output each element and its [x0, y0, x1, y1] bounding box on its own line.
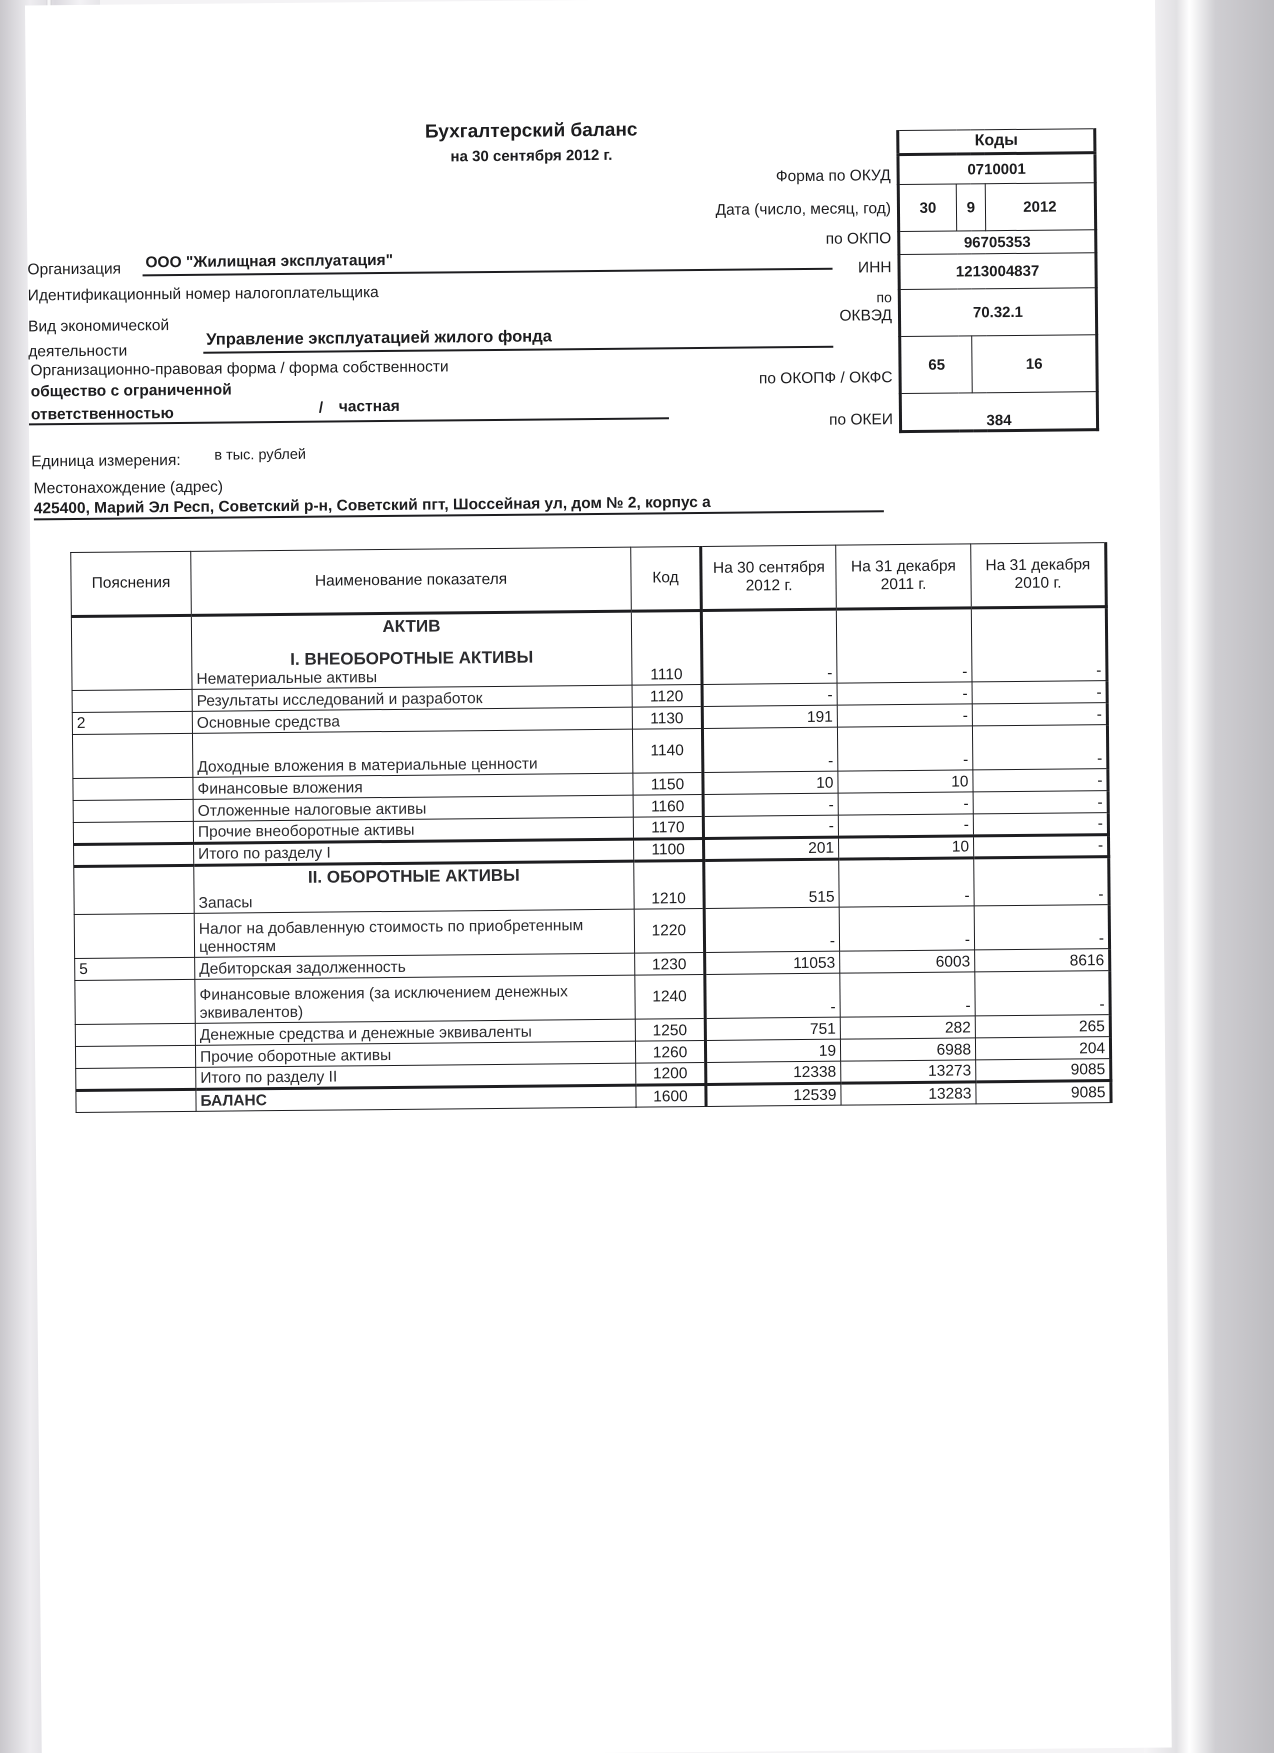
value-sep-2012: - — [703, 815, 838, 838]
value-sep-2012: 191 — [702, 705, 837, 728]
value-dec-2011: - — [839, 906, 974, 951]
document-date: на 30 сентября 2012 г. — [381, 146, 681, 166]
section-2-heading: II. ОБОРОТНЫЕ АКТИВЫ — [198, 865, 629, 889]
section-asset-heading: АКТИВ — [196, 615, 627, 639]
inn-label: Идентификационный номер налогоплательщик… — [28, 284, 379, 305]
okei-label: по ОКЕИ — [593, 411, 893, 432]
document-title: Бухгалтерский баланс — [381, 119, 681, 144]
address-label: Местонахождение (адрес) — [34, 479, 224, 499]
row-code: 1160 — [633, 794, 703, 817]
value-sep-2012: 201 — [704, 837, 839, 860]
header-explanations: Пояснения — [71, 551, 192, 616]
value-dec-2010: - — [974, 905, 1109, 950]
row-explanation — [71, 615, 192, 690]
value-dec-2011: - — [837, 682, 972, 705]
row-label: Финансовые вложения (за исключением дене… — [199, 983, 630, 1023]
row-indicator: АКТИВI. ВНЕОБОРОТНЫЕ АКТИВЫНематериальны… — [191, 611, 632, 689]
row-code: 1140 — [632, 728, 702, 773]
okpo-code: 96705353 — [899, 230, 1096, 255]
date-day: 30 — [898, 184, 956, 232]
value-dec-2010: - — [975, 971, 1110, 1016]
codes-box: Коды 0710001 30 9 2012 96705353 12130048… — [896, 128, 1099, 433]
row-explanation — [73, 799, 193, 822]
okved-label: ОКВЭД — [592, 307, 892, 328]
row-label: Итого по разделу I — [198, 842, 629, 864]
value-dec-2010: - — [972, 681, 1107, 704]
row-explanation — [76, 1067, 196, 1090]
header-sep-2012: На 30 сентября 2012 г. — [701, 545, 837, 610]
value-dec-2010: - — [974, 857, 1109, 906]
row-code: 1130 — [632, 706, 702, 729]
row-explanation: 2 — [72, 711, 192, 734]
row-indicator: Налог на добавленную стоимость по приобр… — [194, 909, 634, 957]
value-sep-2012: 11053 — [705, 951, 840, 974]
value-dec-2011: - — [837, 704, 972, 727]
value-dec-2010: - — [972, 725, 1107, 770]
row-code: 1250 — [635, 1018, 705, 1041]
value-dec-2011: - — [836, 608, 972, 683]
date-month: 9 — [956, 184, 985, 231]
row-code: 1200 — [636, 1062, 706, 1085]
row-explanation — [73, 821, 193, 844]
value-dec-2010: 9085 — [976, 1059, 1111, 1082]
row-code: 1230 — [635, 952, 705, 975]
row-code: 1100 — [634, 838, 704, 861]
value-dec-2011: - — [840, 972, 975, 1017]
row-indicator: БАЛАНС — [196, 1085, 636, 1111]
row-explanation — [72, 733, 192, 778]
value-sep-2012: 12338 — [706, 1061, 841, 1084]
row-code: 1260 — [635, 1040, 705, 1063]
header-indicator: Наименование показателя — [191, 547, 632, 615]
unit-label: Единица измерения: — [31, 452, 180, 471]
value-sep-2012: - — [703, 793, 838, 816]
row-explanation — [75, 1023, 195, 1046]
value-dec-2011: 13273 — [841, 1060, 976, 1083]
date-label: Дата (число, месяц, год) — [591, 200, 891, 221]
value-dec-2010: 9085 — [976, 1081, 1111, 1104]
row-indicator: Финансовые вложения (за исключением дене… — [195, 975, 635, 1023]
value-sep-2012: 751 — [705, 1017, 840, 1040]
value-dec-2010: - — [972, 703, 1107, 726]
row-code: 1170 — [633, 816, 703, 839]
row-label: Налог на добавленную стоимость по приобр… — [199, 917, 630, 957]
row-code: 1150 — [633, 772, 703, 795]
value-sep-2012: 12539 — [706, 1083, 841, 1106]
org-label: Организация — [27, 261, 121, 280]
header-dec-2011: На 31 декабря 2011 г. — [836, 544, 972, 609]
value-dec-2011: - — [839, 858, 974, 907]
value-sep-2012: 19 — [705, 1039, 840, 1062]
unit-value: в тыс. рублей — [214, 447, 306, 464]
row-code: 1220 — [634, 908, 704, 953]
okfs-code: 16 — [972, 335, 1097, 393]
ownership-value: частная — [339, 398, 400, 417]
value-sep-2012: - — [702, 727, 837, 772]
row-code: 1210 — [634, 860, 704, 909]
okved-code: 70.32.1 — [899, 288, 1096, 337]
codes-header: Коды — [898, 129, 1095, 155]
okei-code: 384 — [900, 392, 1097, 432]
value-dec-2011: 6003 — [840, 950, 975, 973]
okopf-code: 65 — [900, 336, 973, 394]
row-indicator: II. ОБОРОТНЫЕ АКТИВЫЗапасы — [194, 861, 634, 913]
row-label: БАЛАНС — [200, 1089, 631, 1111]
value-dec-2010: - — [971, 607, 1107, 682]
activity-label-2: деятельности — [28, 342, 127, 361]
legal-form-label: Организационно-правовая форма / форма со… — [30, 358, 448, 380]
okved-label-top: по — [592, 289, 892, 308]
value-dec-2011: 10 — [838, 770, 973, 793]
row-explanation — [75, 979, 195, 1024]
legal-form-value-1: общество с ограниченной — [31, 381, 232, 401]
value-dec-2010: 265 — [975, 1015, 1110, 1038]
okud-code: 0710001 — [898, 153, 1095, 185]
value-dec-2010: 204 — [975, 1037, 1110, 1060]
value-dec-2011: 282 — [840, 1016, 975, 1039]
value-dec-2011: - — [838, 792, 973, 815]
row-label: Прочие внеоборотные активы — [198, 820, 629, 842]
row-label: Итого по разделу II — [200, 1066, 631, 1088]
row-explanation — [75, 1045, 195, 1068]
value-dec-2011: 6988 — [840, 1038, 975, 1061]
balance-table: Пояснения Наименование показателя Код На… — [70, 542, 1112, 1113]
value-sep-2012: - — [704, 907, 839, 952]
header-dec-2010: На 31 декабря 2010 г. — [971, 543, 1107, 608]
row-explanation: 5 — [75, 957, 195, 980]
row-code: 1240 — [635, 974, 705, 1019]
value-sep-2012: 515 — [704, 859, 839, 908]
row-code: 1110 — [631, 610, 702, 685]
okud-label: Форма по ОКУД — [591, 167, 891, 188]
org-name: ООО "Жилищная эксплуатация" — [145, 252, 393, 272]
table-row: АКТИВI. ВНЕОБОРОТНЫЕ АКТИВЫНематериальны… — [71, 607, 1107, 691]
value-sep-2012: 10 — [703, 771, 838, 794]
value-dec-2010: - — [973, 835, 1108, 858]
value-sep-2012: - — [705, 973, 840, 1018]
value-dec-2010: - — [973, 769, 1108, 792]
value-dec-2011: - — [838, 814, 973, 837]
ownership-separator: / — [319, 400, 323, 418]
inn-code: 1213004837 — [899, 253, 1096, 290]
row-explanation — [72, 689, 192, 712]
date-year: 2012 — [985, 183, 1096, 231]
value-dec-2010: - — [973, 791, 1108, 814]
row-explanation — [74, 913, 194, 958]
row-code: 1120 — [632, 684, 702, 707]
value-dec-2011: 13283 — [841, 1082, 976, 1105]
row-code: 1600 — [636, 1084, 706, 1107]
value-dec-2010: 8616 — [975, 949, 1110, 972]
value-dec-2011: - — [837, 726, 972, 771]
activity-value: Управление эксплуатацией жилого фонда — [206, 327, 552, 349]
row-explanation — [76, 1089, 196, 1112]
row-explanation — [74, 865, 194, 914]
header-code: Код — [631, 546, 702, 611]
okpo-label: по ОКПО — [591, 230, 891, 251]
scanned-page: Бухгалтерский баланс на 30 сентября 2012… — [25, 0, 1172, 1753]
value-dec-2010: - — [973, 813, 1108, 836]
row-explanation — [73, 777, 193, 800]
row-indicator: Доходные вложения в материальные ценност… — [192, 729, 632, 777]
row-explanation — [74, 843, 194, 866]
value-sep-2012: - — [701, 609, 837, 684]
value-sep-2012: - — [702, 683, 837, 706]
activity-label-1: Вид экономической — [28, 317, 169, 336]
okopf-okfs-label: по ОКОПФ / ОКФС — [593, 369, 893, 390]
value-dec-2011: 10 — [838, 836, 973, 859]
